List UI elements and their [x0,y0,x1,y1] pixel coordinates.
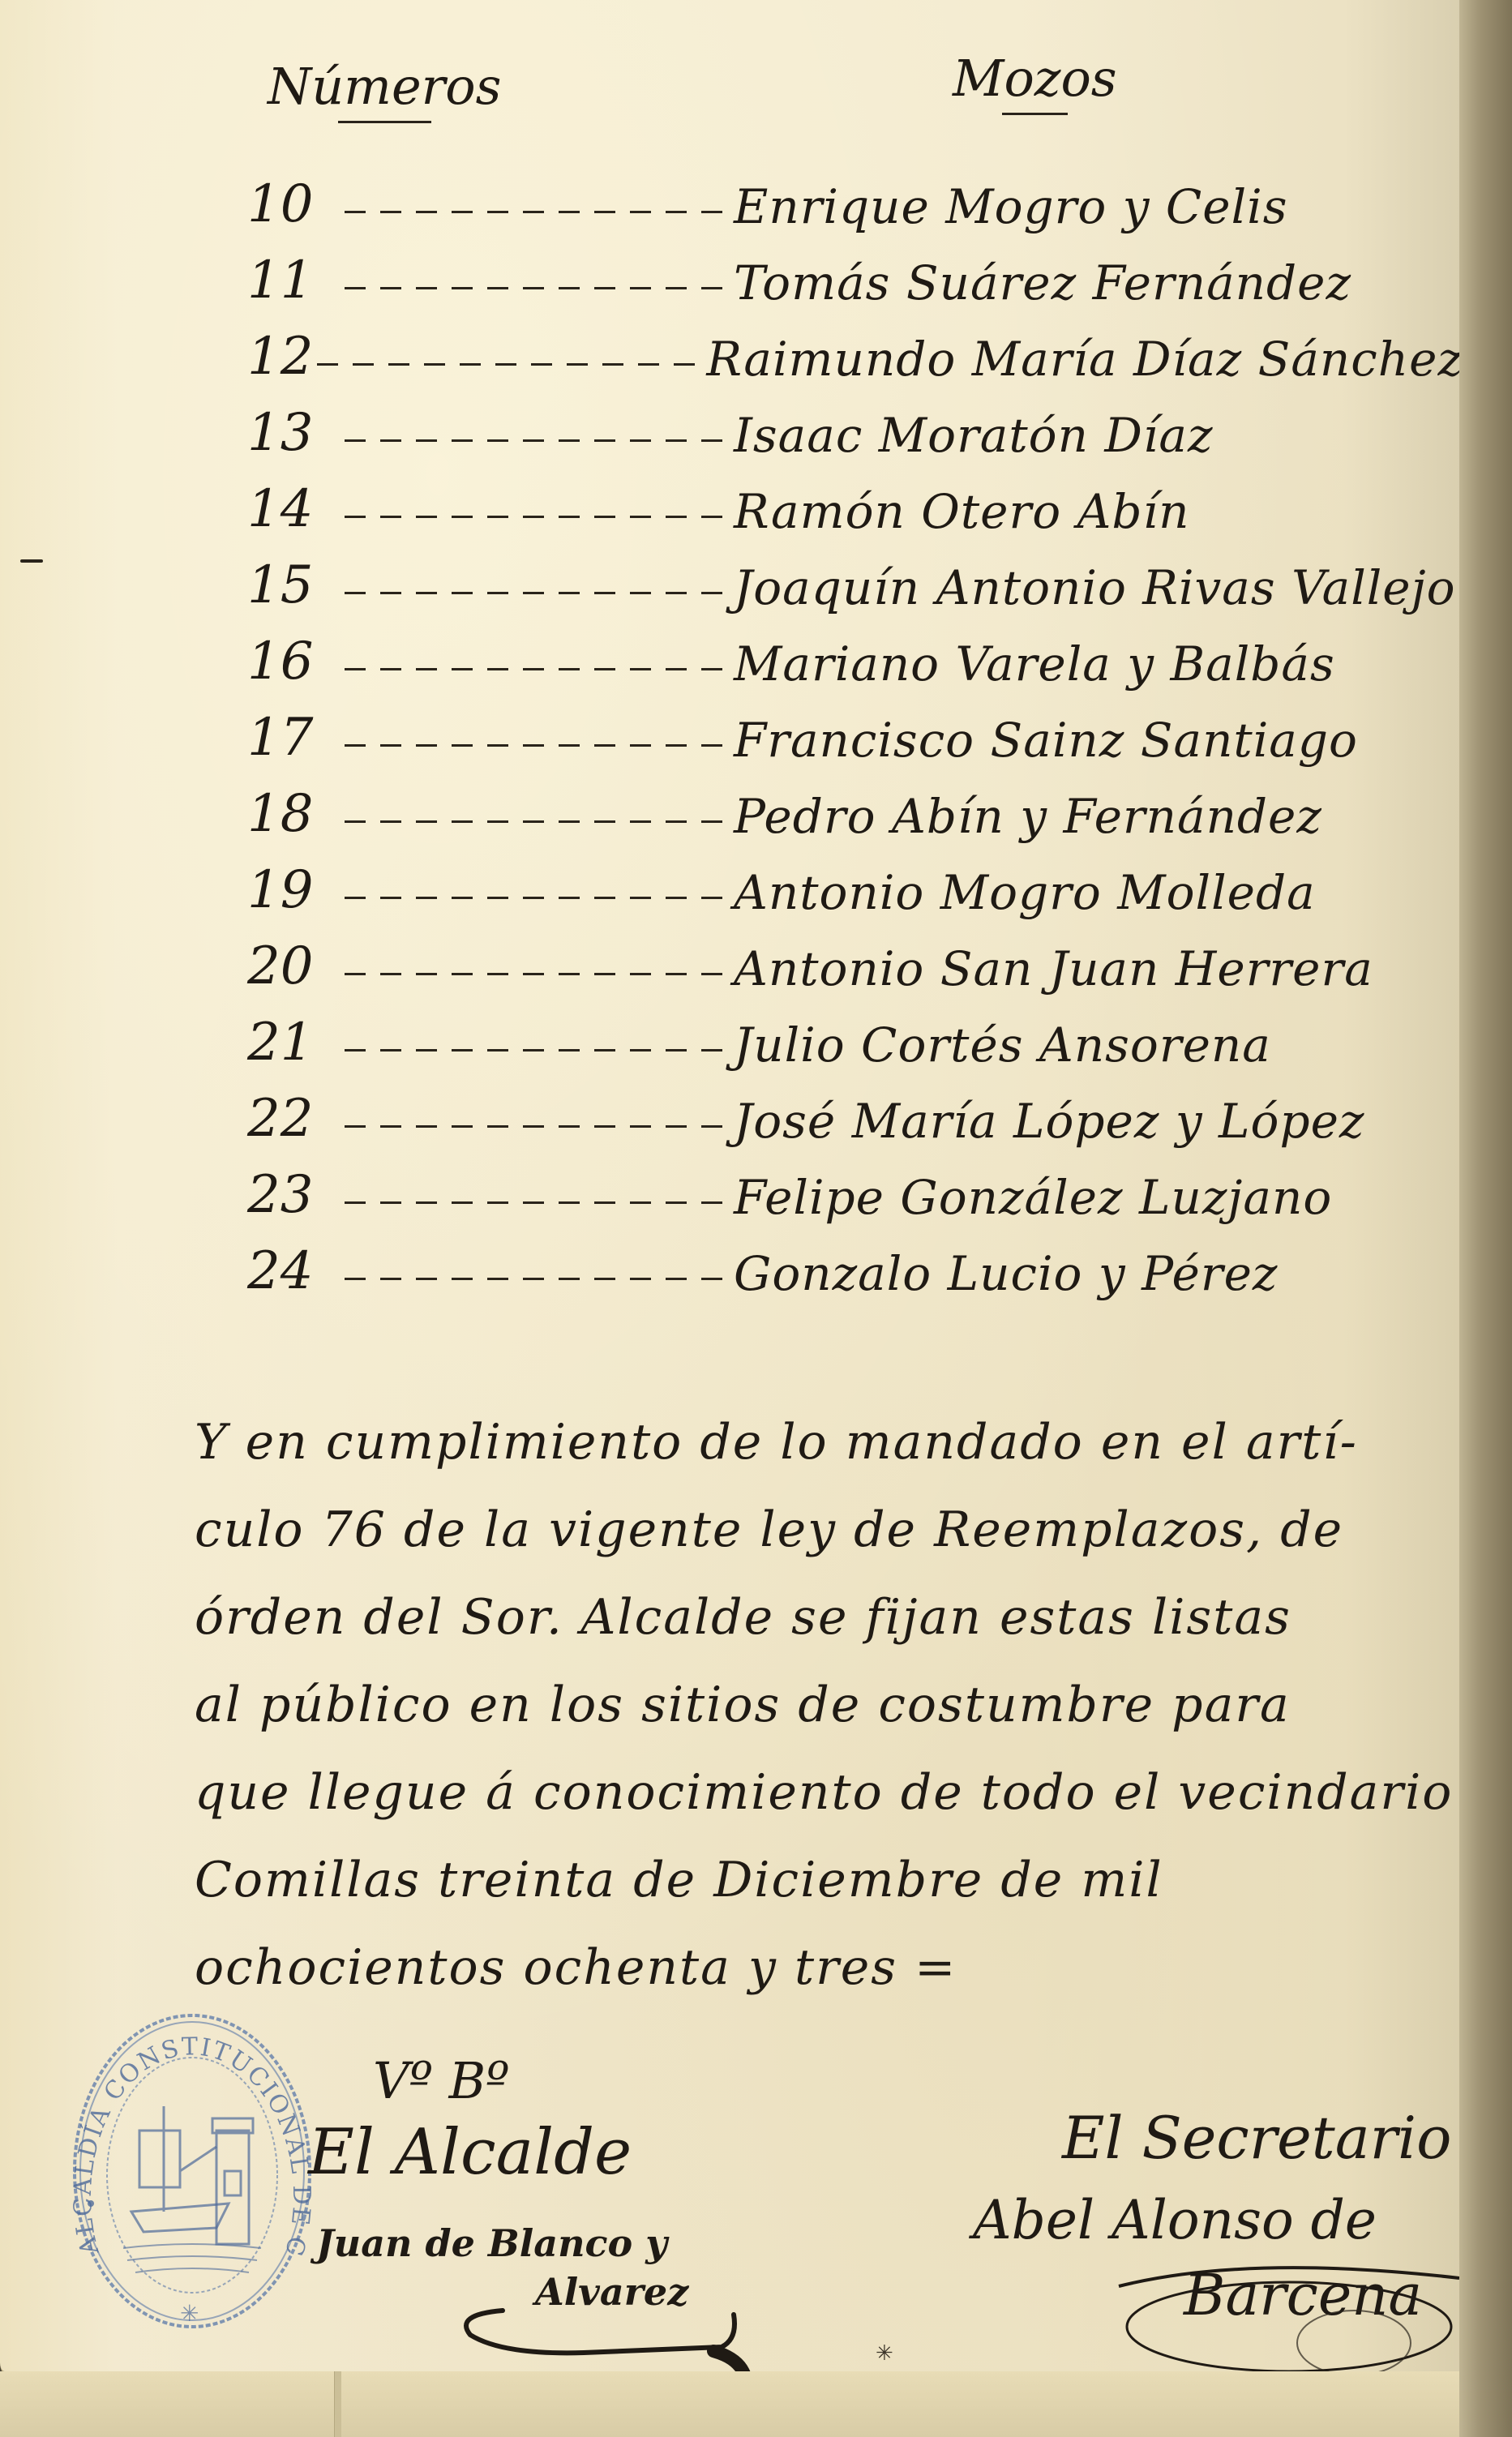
entry-name: Julio Cortés Ansorena [734,1021,1271,1069]
list-item: 24Gonzalo Lucio y Pérez [247,1221,1463,1297]
column-header-numbers-label: Números [268,57,501,116]
entry-number: 11 [247,255,345,306]
list-item: 23Felipe González Luzjano [247,1145,1463,1221]
paragraph-line: órden del Sor. Alcalde se fijan estas li… [195,1574,1443,1661]
entry-name: Antonio San Juan Herrera [734,945,1373,992]
ship-emblem-icon [131,2106,229,2232]
leader-dashes [345,284,734,292]
mayor-title: El Alcalde [308,2116,632,2189]
paragraph-line: Comillas treinta de Diciembre de mil [195,1836,1443,1924]
entry-number: 21 [247,1017,345,1069]
entry-name: Isaac Moratón Díaz [734,412,1214,459]
header-underline [338,121,431,123]
column-header-names: Mozos [953,49,1117,115]
list-item: 20Antonio San Juan Herrera [247,916,1463,992]
entry-name: Joaquín Antonio Rivas Vallejo [734,564,1456,611]
underlying-page [0,2371,1459,2437]
list-item: 19Antonio Mogro Molleda [247,840,1463,916]
margin-ink-mark [20,559,43,563]
leader-dashes [345,1198,734,1206]
mayor-signature-flourish [454,2294,795,2383]
entry-number: 13 [247,407,345,459]
paragraph-line: ochocientos ochenta y tres = [195,1924,1443,2011]
leader-dashes [345,1046,734,1054]
leader-dashes [345,893,734,902]
entry-number: 10 [247,178,345,230]
entry-number: 17 [247,712,345,764]
stamp-text: ALCALDÍA CONSTITUCIONAL DE COMILLAS [66,2009,315,2260]
leader-dashes [345,1122,734,1130]
page-fold [334,2371,341,2437]
leader-dashes [317,360,706,368]
star-icon: ✳ [180,2300,199,2327]
entry-name: Mariano Varela y Balbás [734,640,1335,687]
entry-number: 23 [247,1169,345,1221]
list-item: 10Enrique Mogro y Celis [247,154,1463,230]
leader-dashes [345,589,734,597]
entry-name: Pedro Abín y Fernández [734,793,1322,840]
leader-dashes [345,817,734,825]
entry-name: Francisco Sainz Santiago [734,717,1358,764]
book-binding-edge [1459,0,1512,2437]
entry-number: 19 [247,864,345,916]
secretary-signature-flourish [1103,2238,1467,2383]
column-header-names-label: Mozos [953,49,1117,108]
leader-dashes [345,512,734,520]
list-item: 14Ramón Otero Abín [247,459,1463,535]
entry-name: Enrique Mogro y Celis [734,183,1288,230]
entry-name: Antonio Mogro Molleda [734,869,1316,916]
mayor-signature-name: Juan de Blanco y [316,2221,667,2265]
leader-dashes [345,741,734,749]
paragraph-line: que llegue á conocimiento de todo el vec… [195,1749,1443,1836]
paragraph-line: culo 76 de la vigente ley de Reemplazos,… [195,1486,1443,1574]
waves-icon [123,2244,261,2272]
leader-dashes [345,208,734,216]
list-item: 15Joaquín Antonio Rivas Vallejo [247,535,1463,611]
entry-number: 16 [247,636,345,687]
entry-name: Ramón Otero Abín [734,488,1189,535]
entry-number: 20 [247,940,345,992]
document-page: Números Mozos 10Enrique Mogro y Celis 11… [0,0,1459,2374]
leader-dashes [345,970,734,978]
list-item: 11Tomás Suárez Fernández [247,230,1463,306]
paragraph-line: al público en los sitios de costumbre pa… [195,1661,1443,1749]
entry-number: 12 [247,331,317,383]
list-item: 13Isaac Moratón Díaz [247,383,1463,459]
list-item: 12Raimundo María Díaz Sánchez [247,306,1463,383]
entry-number: 15 [247,559,345,611]
paragraph-line: Y en cumplimiento de lo mandado en el ar… [195,1398,1443,1486]
entry-name: Gonzalo Lucio y Pérez [734,1250,1278,1297]
entry-name: José María López y López [734,1098,1364,1145]
entry-name: Tomás Suárez Fernández [734,259,1351,306]
entry-number: 18 [247,788,345,840]
list-item: 22José María López y López [247,1069,1463,1145]
leader-dashes [345,436,734,444]
list-item: 18Pedro Abín y Fernández [247,764,1463,840]
leader-dashes [345,1274,734,1283]
secretary-title: El Secretario [1062,2104,1451,2172]
list-item: 16Mariano Varela y Balbás [247,611,1463,687]
entry-number: 24 [247,1245,345,1297]
list-item: 21Julio Cortés Ansorena [247,992,1463,1069]
leader-dashes [345,665,734,673]
svg-text:ALCALDÍA CONSTITUCIONAL DE COM: ALCALDÍA CONSTITUCIONAL DE COMILLAS [66,2009,315,2260]
entry-name: Felipe González Luzjano [734,1174,1332,1221]
certification-paragraph: Y en cumplimiento de lo mandado en el ar… [195,1398,1443,2011]
entry-number: 22 [247,1093,345,1145]
conscript-list: 10Enrique Mogro y Celis 11Tomás Suárez F… [247,154,1463,1297]
header-underline [1002,113,1068,115]
column-header-numbers: Números [268,57,501,123]
paper-mark: ✳ [876,2341,893,2366]
municipal-seal-stamp: ALCALDÍA CONSTITUCIONAL DE COMILLAS ✳ [66,2009,318,2333]
entry-number: 14 [247,483,345,535]
entry-name: Raimundo María Díaz Sánchez [706,336,1463,383]
visto-bueno-mark: Vº Bº [373,2051,509,2110]
list-item: 17Francisco Sainz Santiago [247,687,1463,764]
